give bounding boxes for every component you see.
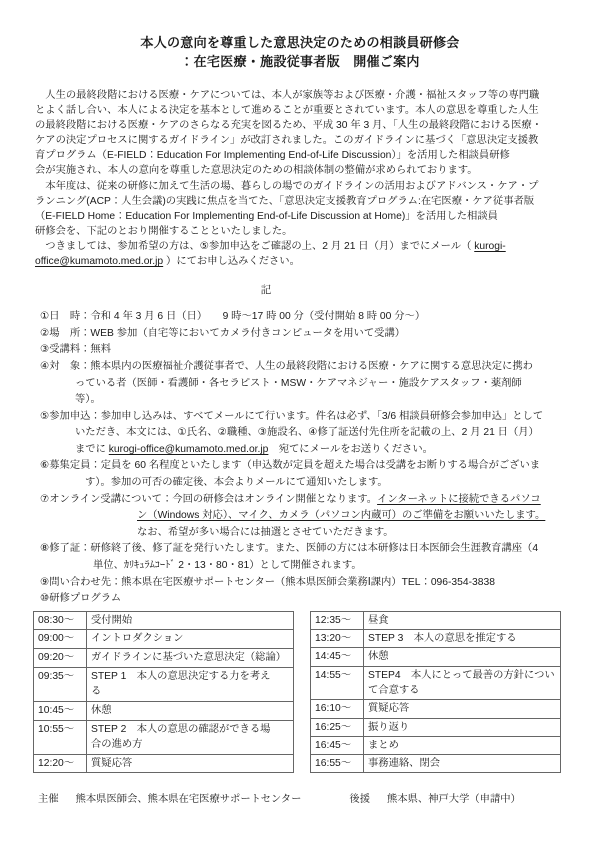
- ki-heading: 記: [35, 282, 565, 297]
- program-session-cell: まとめ: [364, 736, 561, 754]
- program-session-cell: 事務連絡、閉会: [364, 755, 561, 773]
- table-row: 09:20～ガイドラインに基づいた意思決定（総論）: [34, 649, 294, 668]
- host-label: 主催: [38, 790, 59, 805]
- program-session-cell: 振り返り: [364, 718, 561, 736]
- program-time-cell: 16:45～: [311, 736, 364, 754]
- table-row: 16:45～まとめ: [311, 736, 561, 754]
- program-session-cell: STEP 1 本人の意思決定する力を考え る: [87, 667, 294, 701]
- table-row: 09:00～イントロダクション: [34, 630, 294, 649]
- program-session-cell: 休憩: [87, 701, 294, 720]
- program-time-cell: 12:20～: [34, 754, 87, 773]
- program-table-afternoon: 12:35～昼食 13:20～STEP 3 本人の意思を推定する 14:45～休…: [310, 611, 561, 774]
- table-row: 14:45～休憩: [311, 648, 561, 666]
- table-row: 12:20～質疑応答: [34, 754, 294, 773]
- item-online-text-after: なお、希望が多い場合には抽選とさせていただきます。: [137, 527, 394, 538]
- program-session-cell: 質疑応答: [87, 754, 294, 773]
- table-row: 09:35～STEP 1 本人の意思決定する力を考え る: [34, 667, 294, 701]
- table-row: 16:55～事務連絡、閉会: [311, 755, 561, 773]
- table-row: 10:55～STEP 2 本人の意思の確認ができる場 合の進め方: [34, 720, 294, 754]
- table-row: 16:25～振り返り: [311, 718, 561, 736]
- item-fee: ③受講料：無料: [40, 342, 565, 359]
- intro-paragraph-this-year: 本年度は、従来の研修に加えて生活の場、暮らしの場でのガイドラインの活用およびアド…: [35, 179, 565, 239]
- program-session-cell: 質疑応答: [364, 700, 561, 718]
- application-text-after: ）にてお申し込みください。: [163, 256, 300, 267]
- item-target-audience: ④対 象：熊本県内の医療福祉介護従事者で、人生の最終段階における医療・ケアに関す…: [40, 359, 565, 409]
- program-session-cell: STEP 3 本人の意思を推定する: [364, 630, 561, 648]
- program-time-cell: 14:55～: [311, 666, 364, 700]
- table-row: 12:35～昼食: [311, 611, 561, 629]
- title-line-2: ：在宅医療・施設従事者版 開催ご案内: [35, 52, 565, 71]
- host-organizations: 熊本県医師会、熊本県在宅医療サポートセンター: [76, 790, 302, 805]
- program-table-morning: 08:30～受付開始 09:00～イントロダクション 09:20～ガイドラインに…: [33, 611, 294, 774]
- item-program-heading: ⑩研修プログラム: [40, 591, 565, 608]
- program-time-cell: 16:10～: [311, 700, 364, 718]
- document-page: 本人の意向を尊重した意思決定のための相談員研修会 ：在宅医療・施設従事者版 開催…: [0, 0, 595, 841]
- support-organizations: 熊本県、神戸大学（申請中）: [387, 794, 521, 805]
- program-session-cell: 昼食: [364, 611, 561, 629]
- program-session-cell: STEP 2 本人の意思の確認ができる場 合の進め方: [87, 720, 294, 754]
- footer-credits: 主催熊本県医師会、熊本県在宅医療サポートセンター後援熊本県、神戸大学（申請中）: [38, 790, 565, 805]
- item-online-attendance: ⑦オンライン受講について：今回の研修会はオンライン開催となります。インターネット…: [40, 492, 565, 542]
- table-row: 16:10～質疑応答: [311, 700, 561, 718]
- program-session-cell: ガイドラインに基づいた意思決定（総論）: [87, 649, 294, 668]
- program-time-cell: 12:35～: [311, 611, 364, 629]
- program-time-cell: 16:25～: [311, 718, 364, 736]
- title-line-1: 本人の意向を尊重した意思決定のための相談員研修会: [35, 33, 565, 52]
- item-place: ②場 所：WEB 参加（自宅等においてカメラ付きコンピュータを用いて受講）: [40, 326, 565, 343]
- program-time-cell: 09:20～: [34, 649, 87, 668]
- program-tables: 08:30～受付開始 09:00～イントロダクション 09:20～ガイドラインに…: [33, 611, 565, 774]
- program-time-cell: 09:35～: [34, 667, 87, 701]
- support-label: 後援: [349, 790, 370, 805]
- program-time-cell: 10:55～: [34, 720, 87, 754]
- program-session-cell: 休憩: [364, 648, 561, 666]
- item-application-email-link[interactable]: kurogi-office@kumamoto.med.or.jp: [109, 444, 269, 455]
- application-paragraph: つきましては、参加希望の方は、⑤参加申込をご確認の上、2 月 21 日（月）まで…: [35, 239, 565, 269]
- table-row: 08:30～受付開始: [34, 611, 294, 630]
- document-title: 本人の意向を尊重した意思決定のための相談員研修会 ：在宅医療・施設従事者版 開催…: [35, 33, 565, 71]
- intro-paragraph-guideline: 人生の最終段階における医療・ケアについては、本人が家族等および医療・介護・福祉ス…: [35, 88, 565, 179]
- table-row: 13:20～STEP 3 本人の意思を推定する: [311, 630, 561, 648]
- program-session-cell: イントロダクション: [87, 630, 294, 649]
- item-date-time: ①日 時：令和 4 年 3 月 6 日（日） 9 時～17 時 00 分（受付開…: [40, 309, 565, 326]
- program-session-cell: STEP4 本人にとって最善の方針につい て合意する: [364, 666, 561, 700]
- table-row: 10:45～休憩: [34, 701, 294, 720]
- application-text-before: つきましては、参加希望の方は、⑤参加申込をご確認の上、2 月 21 日（月）まで…: [35, 241, 474, 252]
- program-time-cell: 16:55～: [311, 755, 364, 773]
- program-time-cell: 08:30～: [34, 611, 87, 630]
- item-application-text-after: 宛てにメールをお送りください。: [268, 444, 433, 455]
- program-session-cell: 受付開始: [87, 611, 294, 630]
- program-time-cell: 09:00～: [34, 630, 87, 649]
- program-time-cell: 10:45～: [34, 701, 87, 720]
- details-list: ①日 時：令和 4 年 3 月 6 日（日） 9 時～17 時 00 分（受付開…: [40, 309, 565, 608]
- item-contact: ⑨問い合わせ先：熊本県在宅医療サポートセンター（熊本県医師会業務Ⅰ課内）TEL：…: [40, 575, 565, 592]
- item-application: ⑤参加申込：参加申し込みは、すべてメールにて行います。件名は必ず、「3/6 相談…: [40, 409, 565, 459]
- program-time-cell: 14:45～: [311, 648, 364, 666]
- table-row: 14:55～STEP4 本人にとって最善の方針につい て合意する: [311, 666, 561, 700]
- item-online-text-before: ⑦オンライン受講について：今回の研修会はオンライン開催となります。: [40, 494, 377, 505]
- program-time-cell: 13:20～: [311, 630, 364, 648]
- item-certificate: ⑧修了証：研修終了後、修了証を発行いたします。また、医師の方には本研修は日本医師…: [40, 541, 565, 574]
- item-capacity: ⑥募集定員：定員を 60 名程度といたします（申込数が定員を超えた場合は受講をお…: [40, 458, 565, 491]
